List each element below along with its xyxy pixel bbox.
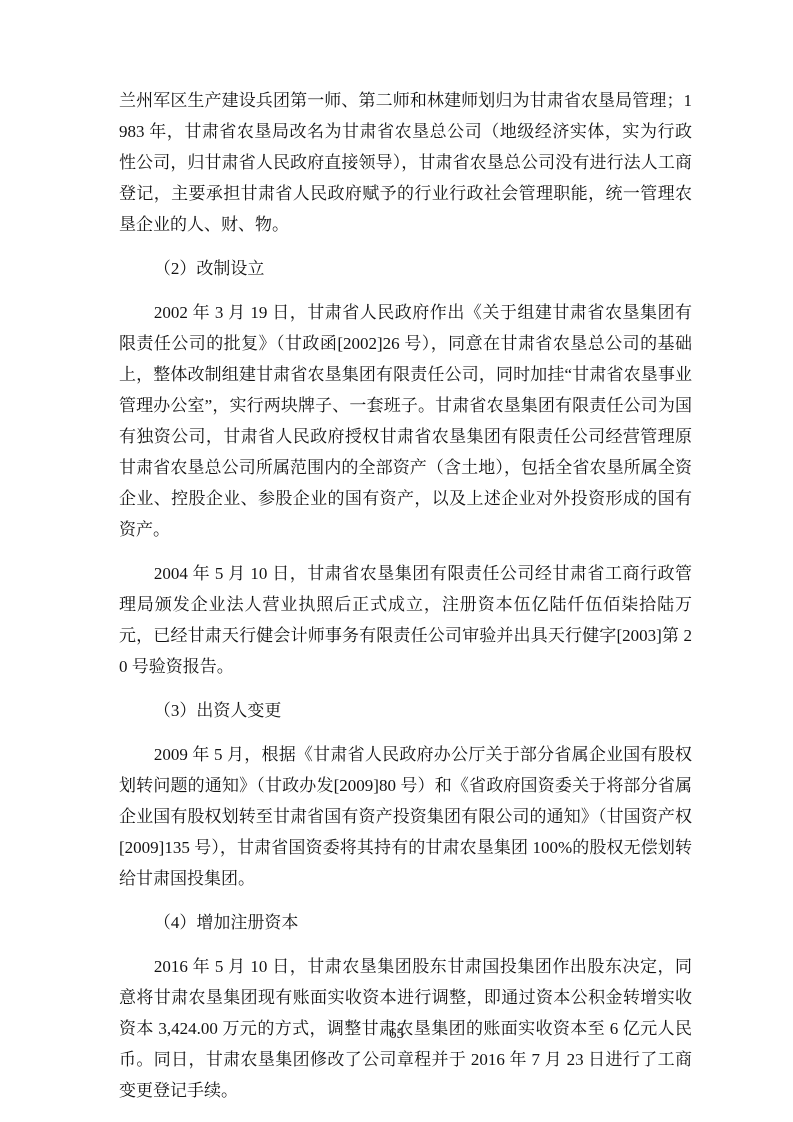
page-number: 65 bbox=[0, 1024, 793, 1044]
section-heading-restructuring: （2）改制设立 bbox=[119, 253, 692, 284]
paragraph-equity-transfer-2009: 2009 年 5 月，根据《甘肃省人民政府办公厅关于部分省属企业国有股权划转问题… bbox=[119, 739, 692, 894]
document-page: 兰州军区生产建设兵团第一师、第二师和林建师划归为甘肃省农垦局管理；1983 年，… bbox=[0, 0, 793, 1122]
paragraph-restructuring-2002: 2002 年 3 月 19 日，甘肃省人民政府作出《关于组建甘肃省农垦集团有限责… bbox=[119, 297, 692, 545]
section-heading-investor-change: （3）出资人变更 bbox=[119, 695, 692, 726]
section-heading-capital-increase: （4）增加注册资本 bbox=[119, 907, 692, 938]
paragraph-history-continued: 兰州军区生产建设兵团第一师、第二师和林建师划归为甘肃省农垦局管理；1983 年，… bbox=[119, 85, 692, 240]
document-body: 兰州军区生产建设兵团第一师、第二师和林建师划归为甘肃省农垦局管理；1983 年，… bbox=[119, 85, 692, 1119]
paragraph-establishment-2004: 2004 年 5 月 10 日，甘肃省农垦集团有限责任公司经甘肃省工商行政管理局… bbox=[119, 558, 692, 682]
